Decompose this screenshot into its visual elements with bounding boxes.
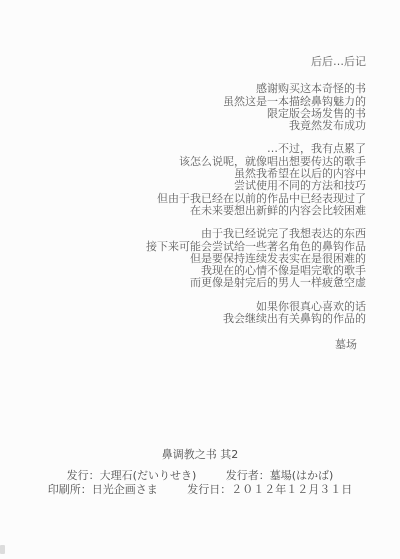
afterword-line: 由于我已经说完了我想表达的东西 xyxy=(146,228,366,240)
afterword-page: 后后…后记 感谢购买这本奇怪的书虽然这是一本描绘鼻钩魅力的限定版会场发售的书我竟… xyxy=(0,0,400,559)
afterword-line: 感谢购买这本奇怪的书 xyxy=(146,83,366,95)
afterword-line: 我竟然发布成功 xyxy=(146,120,366,132)
colophon-publisher-row: 发行：大理石(だいりせき) 发行者：墓場(はかば) xyxy=(0,469,400,483)
printer: 印刷所：日光企画さま xyxy=(48,483,158,497)
afterword-paragraph-2: …不过，我有点累了该怎么说呢，就像唱出想要传达的歌手虽然我希望在以后的内容中尝试… xyxy=(146,143,366,217)
publisher-person: 发行者：墓場(はかば) xyxy=(226,469,334,483)
afterword-paragraph-4: 如果你很真心喜欢的话我会继续出有关鼻钩的作品的 xyxy=(146,301,366,326)
colophon-printer-row: 印刷所：日光企画さま 发行日：２０１２年１２月３１日 xyxy=(0,483,400,497)
afterword-heading: 后后…后记 xyxy=(146,56,366,68)
publisher-circle: 发行：大理石(だいりせき) xyxy=(67,469,197,483)
afterword-paragraph-3: 由于我已经说完了我想表达的东西接下来可能会尝试给一些著名角色的鼻钩作品但是要保持… xyxy=(146,228,366,289)
afterword-paragraph-1: 感谢购买这本奇怪的书虽然这是一本描绘鼻钩魅力的限定版会场发售的书我竟然发布成功 xyxy=(146,83,366,132)
afterword-text-block: 后后…后记 感谢购买这本奇怪的书虽然这是一本描绘鼻钩魅力的限定版会场发售的书我竟… xyxy=(146,56,366,352)
afterword-line: 接下来可能会尝试给一些著名角色的鼻钩作品 xyxy=(146,241,366,253)
afterword-line: 在未来要想出新鲜的内容会比较困难 xyxy=(146,205,366,217)
author-signature: 墓场 xyxy=(146,339,366,351)
afterword-line: 尝试使用不同的方法和技巧 xyxy=(146,180,366,192)
afterword-line: 我会继续出有关鼻钩的作品的 xyxy=(146,313,366,325)
afterword-line: 而更像是射完后的男人一样疲惫空虚 xyxy=(146,277,366,289)
colophon: 鼻调教之书 其2 发行：大理石(だいりせき) 发行者：墓場(はかば) 印刷所：日… xyxy=(0,448,400,497)
publish-date: 发行日：２０１２年１２月３１日 xyxy=(187,483,352,497)
afterword-line: …不过，我有点累了 xyxy=(146,143,366,155)
scan-artifact-mark xyxy=(0,545,5,554)
book-title: 鼻调教之书 其2 xyxy=(0,448,400,462)
